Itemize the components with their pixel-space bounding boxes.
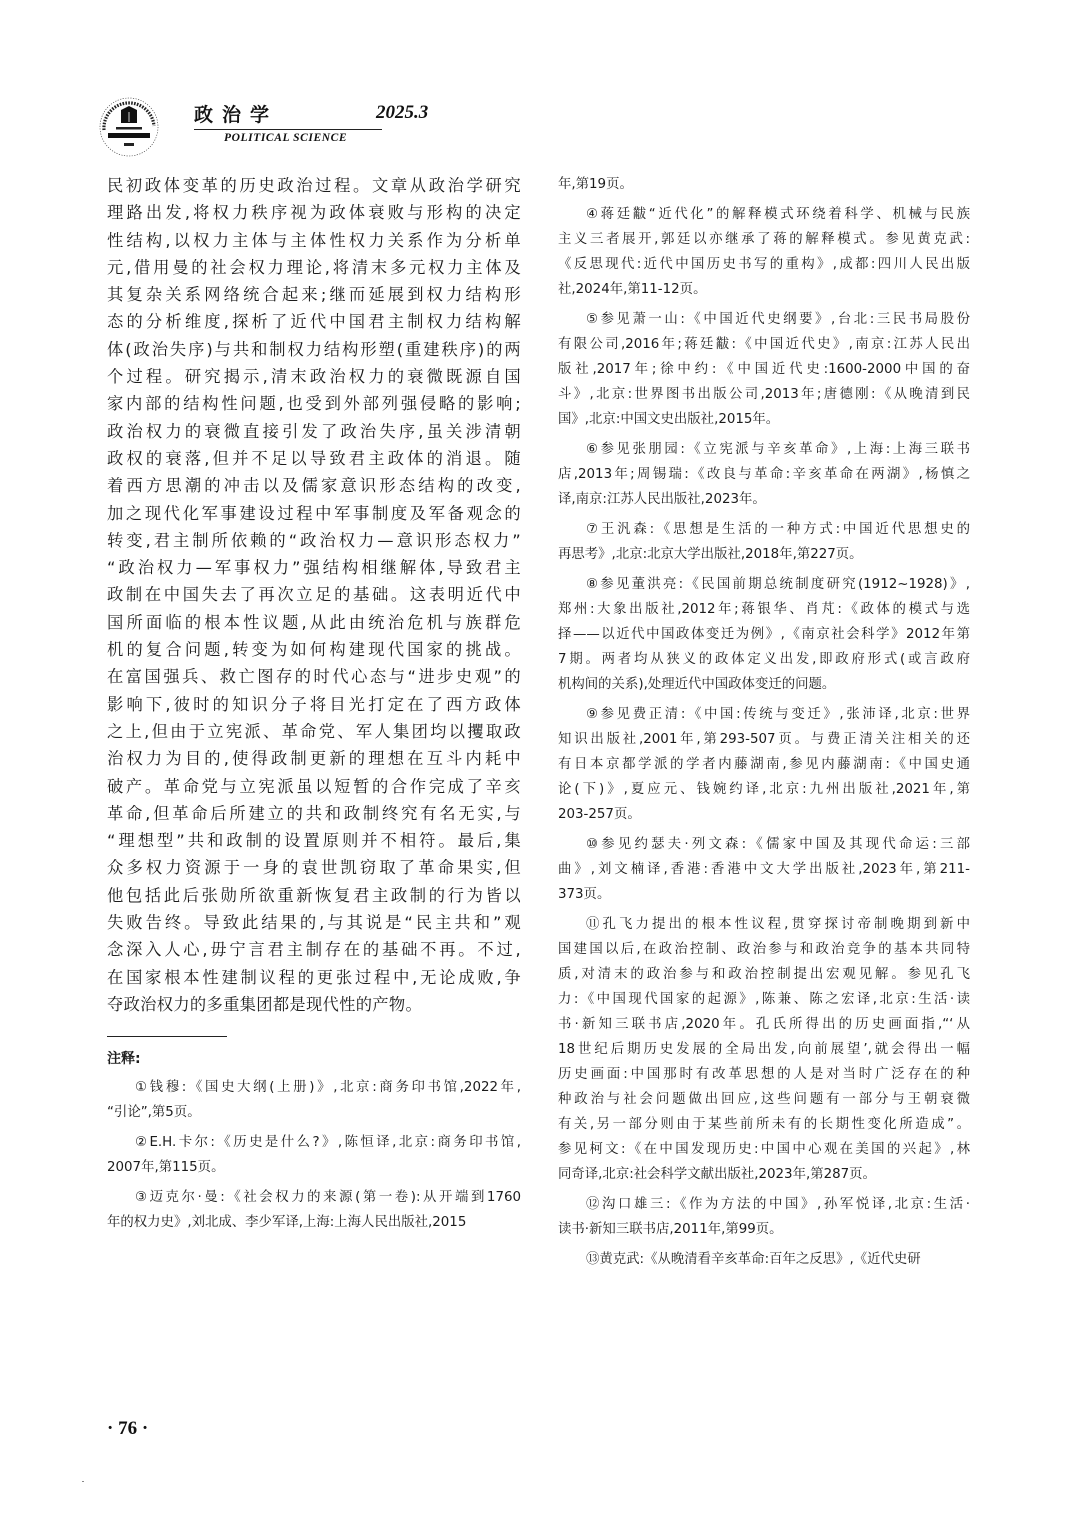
footnote-line: 种政治与社会问题做出回应,这些问题有一部分与王朝衰微	[558, 1087, 970, 1112]
footnote-line: 373页。	[558, 882, 970, 907]
body-line: 政权的衰落,但并不足以导致君主政体的消退。随	[107, 445, 521, 472]
footnote-7: ⑦王汎森:《思想是生活的一种方式:中国近代思想史的再思考》,北京:北京大学出版社…	[558, 517, 970, 567]
body-line: 国所面临的根本性议题,从此由统治危机与族群危	[107, 609, 521, 636]
footnote-line: “引论”,第5页。	[107, 1100, 521, 1125]
body-line: 态的分析维度,探析了近代中国君主制权力结构解	[107, 308, 521, 335]
footnote-line: 年,第19页。	[558, 172, 970, 197]
footnote-line: ④蒋廷黻“近代化”的解释模式环绕着科学、机械与民族	[558, 202, 970, 227]
footnote-line: 机构间的关系),处理近代中国政体变迁的问题。	[558, 672, 970, 697]
body-line: 之上,但由于立宪派、革命党、军人集团均以攫取政	[107, 718, 521, 745]
journal-logo-icon	[98, 96, 160, 158]
footnote-line: ⑪孔飞力提出的根本性议程,贯穿探讨帝制晚期到新中	[558, 912, 970, 937]
footnote-line: 店,2013年;周锡瑞:《改良与革命:辛亥革命在两湖》,杨慎之	[558, 462, 970, 487]
footnote-divider	[107, 1036, 227, 1037]
body-line: 政治权力的衰微直接引发了政治失序,虽关涉清朝	[107, 418, 521, 445]
footnotes-right: ④蒋廷黻“近代化”的解释模式环绕着科学、机械与民族主义三者展开,郭廷以亦继承了蒋…	[558, 202, 970, 1272]
body-line: 转变,君主制所依赖的“政治权力—意识形态权力”	[107, 527, 521, 554]
footnote-line: 版社,2017年;徐中约:《中国近代史:1600-2000中国的奋	[558, 357, 970, 382]
footnote-line: 同奇译,北京:社会科学文献出版社,2023年,第287页。	[558, 1162, 970, 1187]
body-line: 念深入人心,毋宁言君主制存在的基础不再。不过,	[107, 936, 521, 963]
journal-title-english: POLITICAL SCIENCE	[224, 132, 347, 144]
footnote-line: 曲》,刘文楠译,香港:香港中文大学出版社,2023年,第211-	[558, 857, 970, 882]
footnote-line: 读书·新知三联书店,2011年,第99页。	[558, 1217, 970, 1242]
footnote-line: 203-257页。	[558, 802, 970, 827]
footnote-continuation: 年,第19页。	[558, 172, 970, 197]
body-line: 理路出发,将权力秩序视为政体衰败与形构的决定	[107, 199, 521, 226]
body-line: 民初政体变革的历史政治过程。文章从政治学研究	[107, 172, 521, 199]
footnote-line: ②E.H.卡尔:《历史是什么?》,陈恒译,北京:商务印书馆,	[107, 1130, 521, 1155]
body-line: 加之现代化军事建设过程中军事制度及军备观念的	[107, 500, 521, 527]
footnote-13: ⑬黄克武:《从晚清看辛亥革命:百年之反思》,《近代史研	[558, 1247, 970, 1272]
body-line: 影响下,彼时的知识分子将目光打定在了西方政体	[107, 691, 521, 718]
footnote-11: ⑪孔飞力提出的根本性议程,贯穿探讨帝制晚期到新中国建国以后,在政治控制、政治参与…	[558, 912, 970, 1187]
footnote-3: ③迈克尔·曼:《社会权力的来源(第一卷):从开端到1760年的权力史》,刘北成、…	[107, 1185, 521, 1235]
body-line: 夺政治权力的多重集团都是现代性的产物。	[107, 991, 521, 1018]
footnote-line: 7期。两者均从狭义的政体定义出发,即政府形式(或言政府	[558, 647, 970, 672]
footnote-1: ①钱穆:《国史大纲(上册)》,北京:商务印书馆,2022年,“引论”,第5页。	[107, 1075, 521, 1125]
body-line: “理想型”共和政制的设置原则并不相符。最后,集	[107, 827, 521, 854]
footnote-line: ⑧参见董洪亮:《民国前期总统制度研究(1912~1928)》,	[558, 572, 970, 597]
footnote-line: 历史画面:中国那时有改革思想的人是对当时广泛存在的种	[558, 1062, 970, 1087]
body-line: 元,借用曼的社会权力理论,将清末多元权力主体及	[107, 254, 521, 281]
footnote-line: 社,2024年,第11-12页。	[558, 277, 970, 302]
right-column: 年,第19页。 ④蒋廷黻“近代化”的解释模式环绕着科学、机械与民族主义三者展开,…	[558, 172, 970, 1277]
footnote-line: 国》,北京:中国文史出版社,2015年。	[558, 407, 970, 432]
footnote-line: ⑫沟口雄三:《作为方法的中国》,孙军悦译,北京:生活·	[558, 1192, 970, 1217]
footnote-line: ⑨参见费正清:《中国:传统与变迁》,张沛译,北京:世界	[558, 702, 970, 727]
footnote-line: 有关,另一部分则由于某些前所未有的长期性变化所造成”。	[558, 1112, 970, 1137]
footnote-12: ⑫沟口雄三:《作为方法的中国》,孙军悦译,北京:生活·读书·新知三联书店,201…	[558, 1192, 970, 1242]
footnote-line: ⑦王汎森:《思想是生活的一种方式:中国近代思想史的	[558, 517, 970, 542]
footnote-9: ⑨参见费正清:《中国:传统与变迁》,张沛译,北京:世界知识出版社,2001年,第…	[558, 702, 970, 827]
body-line: 机的复合问题,转变为如何构建现代国家的挑战。	[107, 636, 521, 663]
body-line: 在富国强兵、救亡图存的时代心态与“进步史观”的	[107, 663, 521, 690]
footnote-line: 择——以近代中国政体变迁为例》,《南京社会科学》2012年第	[558, 622, 970, 647]
footnote-line: 主义三者展开,郭廷以亦继承了蒋的解释模式。参见黄克武:	[558, 227, 970, 252]
footnote-line: 质,对清末的政治参与和政治控制提出宏观见解。参见孔飞	[558, 962, 970, 987]
footnote-10: ⑩参见约瑟夫·列文森:《儒家中国及其现代命运:三部曲》,刘文楠译,香港:香港中文…	[558, 832, 970, 907]
footnote-line: ③迈克尔·曼:《社会权力的来源(第一卷):从开端到1760	[107, 1185, 521, 1210]
footnote-8: ⑧参见董洪亮:《民国前期总统制度研究(1912~1928)》,郑州:大象出版社,…	[558, 572, 970, 697]
body-line: 众多权力资源于一身的袁世凯窃取了革命果实,但	[107, 854, 521, 881]
footnote-line: 论(下)》,夏应元、钱婉约译,北京:九州出版社,2021年,第	[558, 777, 970, 802]
footnote-line: ①钱穆:《国史大纲(上册)》,北京:商务印书馆,2022年,	[107, 1075, 521, 1100]
body-line: 家内部的结构性问题,也受到外部列强侵略的影响;	[107, 390, 521, 417]
footnote-line: 年的权力史》,刘北成、李少军译,上海:上海人民出版社,2015	[107, 1210, 521, 1235]
body-line: 治权力为目的,使得政制更新的理想在互斗内耗中	[107, 745, 521, 772]
footnote-6: ⑥参见张朋园:《立宪派与辛亥革命》,上海:上海三联书店,2013年;周锡瑞:《改…	[558, 437, 970, 512]
body-line: 着西方思潮的冲击以及儒家意识形态结构的改变,	[107, 472, 521, 499]
footnote-line: 国建国以后,在政治控制、政治参与和政治竞争的基本共同特	[558, 937, 970, 962]
footnote-5: ⑤参见萧一山:《中国近代史纲要》,台北:三民书局股份有限公司,2016年;蒋廷黻…	[558, 307, 970, 432]
footnote-line: 参见柯文:《在中国发现历史:中国中心观在美国的兴起》,林	[558, 1137, 970, 1162]
footnote-line: 译,南京:江苏人民出版社,2023年。	[558, 487, 970, 512]
body-line: 个过程。研究揭示,清末政治权力的衰微既源自国	[107, 363, 521, 390]
footnote-line: 再思考》,北京:北京大学出版社,2018年,第227页。	[558, 542, 970, 567]
scan-mark	[82, 1481, 84, 1482]
footnote-line: 斗》,北京:世界图书出版公司,2013年;唐德刚:《从晚清到民	[558, 382, 970, 407]
body-line: 失败告终。导致此结果的,与其说是“民主共和”观	[107, 909, 521, 936]
body-paragraph: 民初政体变革的历史政治过程。文章从政治学研究理路出发,将权力秩序视为政体衰败与形…	[107, 172, 521, 1018]
body-line: “政治权力—军事权力”强结构相继解体,导致君主	[107, 554, 521, 581]
notes-heading: 注释:	[107, 1047, 521, 1071]
journal-issue: 2025.3	[376, 102, 428, 124]
footnote-line: 郑州:大象出版社,2012年;蒋银华、肖芃:《政体的模式与选	[558, 597, 970, 622]
journal-title: 政治学	[194, 100, 278, 127]
body-line: 在国家根本性建制议程的更张过程中,无论成败,争	[107, 964, 521, 991]
footnote-line: ⑩参见约瑟夫·列文森:《儒家中国及其现代命运:三部	[558, 832, 970, 857]
footnote-line: 《反思现代:近代中国历史书写的重构》,成都:四川人民出版	[558, 252, 970, 277]
left-column: 民初政体变革的历史政治过程。文章从政治学研究理路出发,将权力秩序视为政体衰败与形…	[107, 172, 521, 1240]
footnote-line: ⑬黄克武:《从晚清看辛亥革命:百年之反思》,《近代史研	[558, 1247, 970, 1272]
body-line: 体(政治失序)与共和制权力结构形塑(重建秩序)的两	[107, 336, 521, 363]
page-number: · 76 ·	[107, 1418, 148, 1440]
footnote-line: ⑤参见萧一山:《中国近代史纲要》,台北:三民书局股份	[558, 307, 970, 332]
footnote-line: ⑥参见张朋园:《立宪派与辛亥革命》,上海:上海三联书	[558, 437, 970, 462]
body-line: 他包括此后张勋所欲重新恢复君主政制的行为皆以	[107, 882, 521, 909]
body-line: 革命,但革命后所建立的共和政制终究有名无实,与	[107, 800, 521, 827]
footnote-line: 书·新知三联书店,2020年。孔氏所得出的历史画面指,“‘从	[558, 1012, 970, 1037]
footnote-2: ②E.H.卡尔:《历史是什么?》,陈恒译,北京:商务印书馆,2007年,第115…	[107, 1130, 521, 1180]
footnote-line: 有日本京都学派的学者内藤湖南,参见内藤湖南:《中国史通	[558, 752, 970, 777]
footnote-line: 18世纪后期历史发展的全局出发,向前展望’,就会得出一幅	[558, 1037, 970, 1062]
footnote-line: 有限公司,2016年;蒋廷黻:《中国近代史》,南京:江苏人民出	[558, 332, 970, 357]
body-line: 性结构,以权力主体与主体性权力关系作为分析单	[107, 227, 521, 254]
footnote-line: 2007年,第115页。	[107, 1155, 521, 1180]
header-divider	[194, 129, 382, 130]
body-line: 破产。革命党与立宪派虽以短暂的合作完成了辛亥	[107, 773, 521, 800]
footnote-line: 力:《中国现代国家的起源》,陈兼、陈之宏译,北京:生活·读	[558, 987, 970, 1012]
footnote-4: ④蒋廷黻“近代化”的解释模式环绕着科学、机械与民族主义三者展开,郭廷以亦继承了蒋…	[558, 202, 970, 302]
body-line: 政制在中国失去了再次立足的基础。这表明近代中	[107, 581, 521, 608]
footnote-line: 知识出版社,2001年,第293-507页。与费正清关注相关的还	[558, 727, 970, 752]
footnotes-left: ①钱穆:《国史大纲(上册)》,北京:商务印书馆,2022年,“引论”,第5页。②…	[107, 1075, 521, 1235]
body-line: 其复杂关系网络统合起来;继而延展到权力结构形	[107, 281, 521, 308]
journal-header: 政治学 2025.3 POLITICAL SCIENCE	[98, 96, 578, 166]
